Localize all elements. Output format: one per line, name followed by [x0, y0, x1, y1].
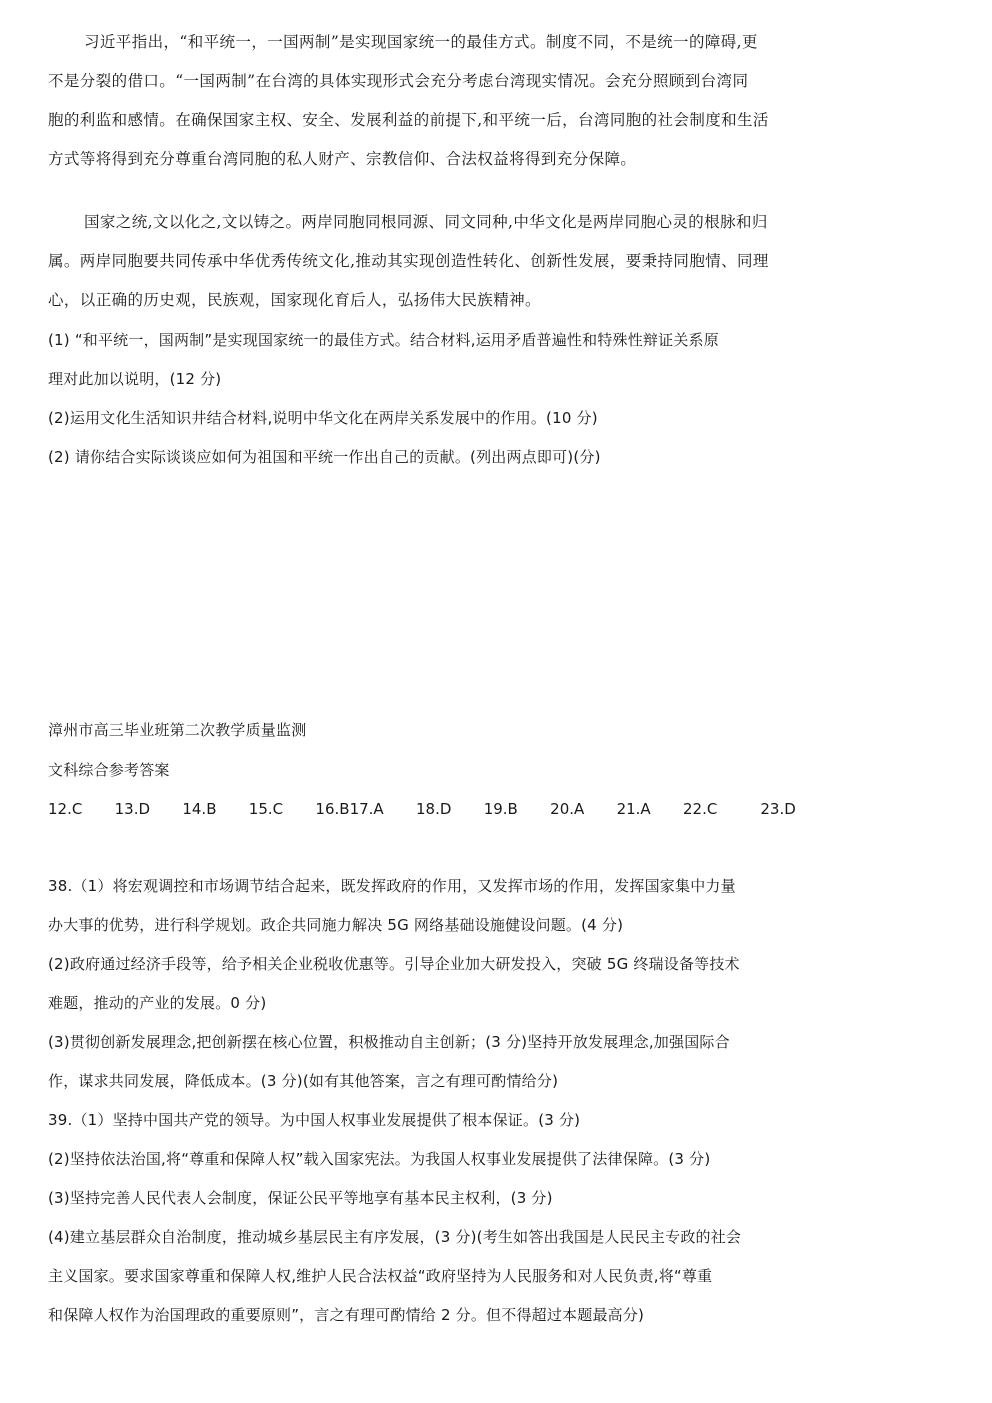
answer-key-subtitle: 文科综合参考答案 — [48, 760, 848, 780]
multiple-choice-answers: 12.C 13.D 14.B 15.C 16.B17.A 18.D 19.B 2… — [48, 799, 848, 819]
q39-line-4: (4)建立基层群众自治制度，推动城乡基层民主有序发展，(3 分)(考生如答出我国… — [48, 1227, 848, 1247]
question-1-line-2: 理对此加以说明，(12 分) — [48, 369, 848, 389]
question-2: (2)运用文化生活知识井结合材料,说明中华文化在两岸关系发展中的作用。(10 分… — [48, 408, 848, 428]
q39-line-1: 39.（1）坚持中国共产党的领导。为中国人权事业发展提供了根本保证。(3 分) — [48, 1110, 848, 1130]
material-p2-line-2: 属。两岸同胞要共同传承中华优秀传统文化,推动其实现创造性转化、创新性发展，要秉持… — [48, 251, 848, 271]
material-p1-line-4: 方式等将得到充分尊重台湾同胞的私人财产、宗教信仰、合法权益将得到充分保障。 — [48, 149, 848, 169]
q38-line-2: 办大事的优势，进行科学规划。政企共同施力解决 5G 网络基础设施健设问题。(4 … — [48, 915, 848, 935]
material-p2-line-3: 心，以正确的历史观，民族观，国家现化育后人，弘扬伟大民族精神。 — [48, 290, 848, 310]
q38-line-6: 作，谋求共同发展，降低成本。(3 分)(如有其他答案，言之有理可酌情给分) — [48, 1071, 848, 1091]
answer-key-title: 漳州市高三毕业班第二次教学质量监测 — [48, 720, 848, 740]
q39-line-2: (2)坚持依法治国,将“尊重和保障人权”载入国家宪法。为我国人权事业发展提供了法… — [48, 1149, 848, 1169]
material-p2-line-1: 国家之统,文以化之,文以铸之。两岸同胞同根同源、同文同种,中华文化是两岸同胞心灵… — [84, 212, 884, 232]
q38-line-4: 难题，推动的产业的发展。0 分) — [48, 993, 848, 1013]
q38-line-3: (2)政府通过经济手段等，给予相关企业税收优惠等。引导企业加大研发投入，突破 5… — [48, 954, 848, 974]
document-page: 习近平指出，“和平统一，一国两制”是实现国家统一的最佳方式。制度不同，不是统一的… — [0, 0, 992, 1403]
q39-line-3: (3)坚持完善人民代表人会制度，保证公民平等地享有基本民主权利，(3 分) — [48, 1188, 848, 1208]
material-p1-line-3: 胞的利监和感情。在确保国家主权、安全、发展利益的前提下,和平统一后，台湾同胞的社… — [48, 110, 848, 130]
question-3: (2) 请你结合实际谈谈应如何为祖国和平统一作出自己的贡献。(列出两点即可)(分… — [48, 447, 848, 467]
q38-line-5: (3)贯彻创新发展理念,把创新摆在核心位置，积极推动自主创新；(3 分)坚持开放… — [48, 1032, 848, 1052]
material-p1-line-2: 不是分裂的借口。“一国两制”在台湾的具体实现形式会充分考虑台湾现实情况。会充分照… — [48, 71, 848, 91]
material-p1-line-1: 习近平指出，“和平统一，一国两制”是实现国家统一的最佳方式。制度不同，不是统一的… — [84, 32, 884, 52]
q39-line-5: 主义国家。要求国家尊重和保障人权,维护人民合法权益“政府坚持为人民服务和对人民负… — [48, 1266, 848, 1286]
question-1-line-1: (1) “和平统一，国两制”是实现国家统一的最佳方式。结合材料,运用矛盾普遍性和… — [48, 330, 848, 350]
q39-line-6: 和保障人权作为治国理政的重要原则”，言之有理可酌情给 2 分。但不得超过本题最高… — [48, 1305, 848, 1325]
q38-line-1: 38.（1）将宏观调控和市场调节结合起来，既发挥政府的作用，又发挥市场的作用，发… — [48, 876, 848, 896]
